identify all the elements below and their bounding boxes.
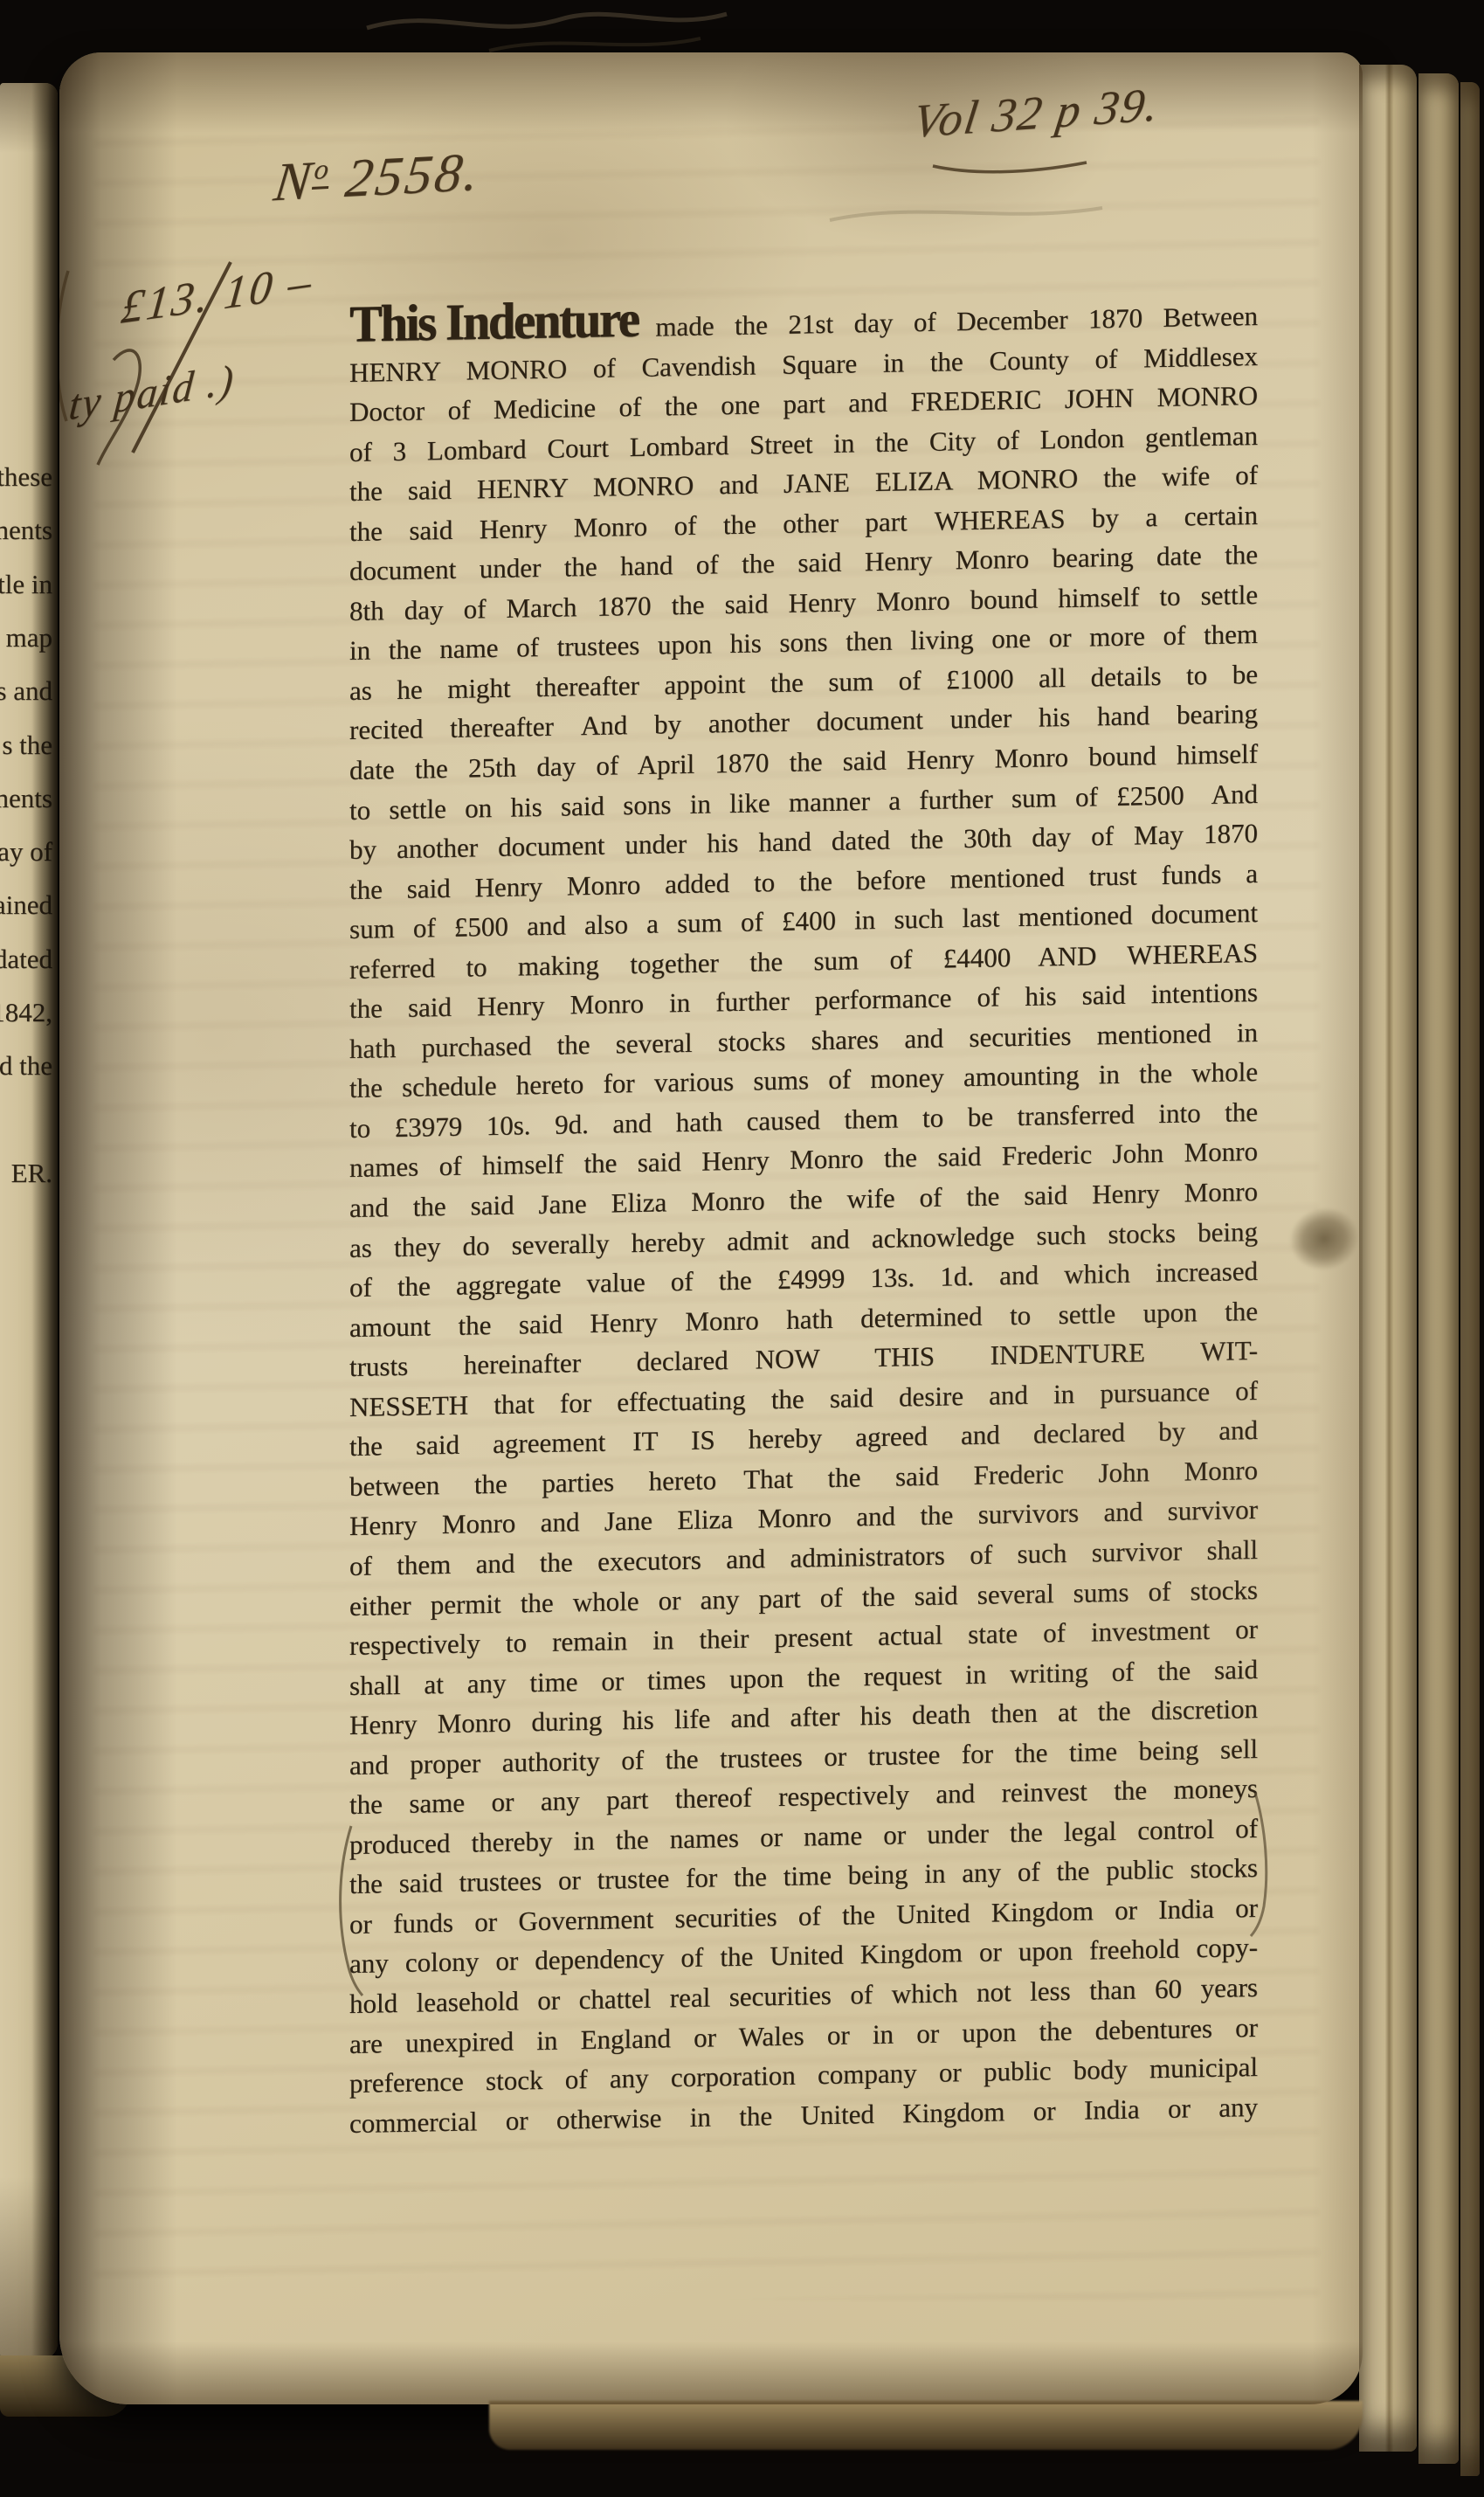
page-edge-strip bbox=[1359, 65, 1417, 2452]
prev-page-fragment: s and bbox=[0, 675, 52, 707]
document-number-annotation: No 2558. bbox=[271, 142, 485, 215]
document-number-prefix: N bbox=[271, 151, 317, 213]
book-scan: thesementstle inmaps ands thementslay of… bbox=[0, 0, 1484, 2497]
opening-blackletter: This Indenture bbox=[349, 298, 638, 346]
ghost-scrawl bbox=[367, 14, 727, 28]
prev-page-fragment: ained bbox=[0, 889, 52, 921]
prev-page-fragment: these bbox=[0, 461, 52, 493]
document-page: Vol 32 p 39. No 2558. £13. 10 – ty paid … bbox=[59, 52, 1363, 2404]
prev-page-fragment: d the bbox=[0, 1050, 52, 1082]
prev-page-fragment: ER. bbox=[11, 1158, 52, 1189]
prev-page-fragment: ments bbox=[0, 783, 52, 814]
prev-page-fragment: lay of bbox=[0, 836, 52, 868]
prev-page-fragment: ments bbox=[0, 515, 52, 546]
prev-page-fragment: s the bbox=[2, 730, 52, 761]
deed-text-block: This Indenturemade the 21st day of Decem… bbox=[349, 289, 1258, 2143]
handwriting-flourish-paren bbox=[59, 271, 68, 421]
prev-page-fragment: map bbox=[6, 622, 52, 654]
page-edge-strip bbox=[1460, 82, 1480, 2476]
document-number-superscript: o bbox=[312, 153, 333, 190]
prev-page-fragment: tle in bbox=[0, 569, 52, 600]
prev-page-fragment: 1842, bbox=[0, 997, 52, 1028]
page-edge-strip bbox=[1418, 73, 1459, 2464]
document-number-value: 2558. bbox=[342, 142, 485, 210]
ghost-scrawl bbox=[489, 38, 701, 51]
under-page-edge bbox=[489, 2401, 1363, 2450]
prev-page-fragment: dated bbox=[0, 944, 52, 975]
previous-page-edge: thesementstle inmaps ands thementslay of… bbox=[0, 83, 58, 2359]
